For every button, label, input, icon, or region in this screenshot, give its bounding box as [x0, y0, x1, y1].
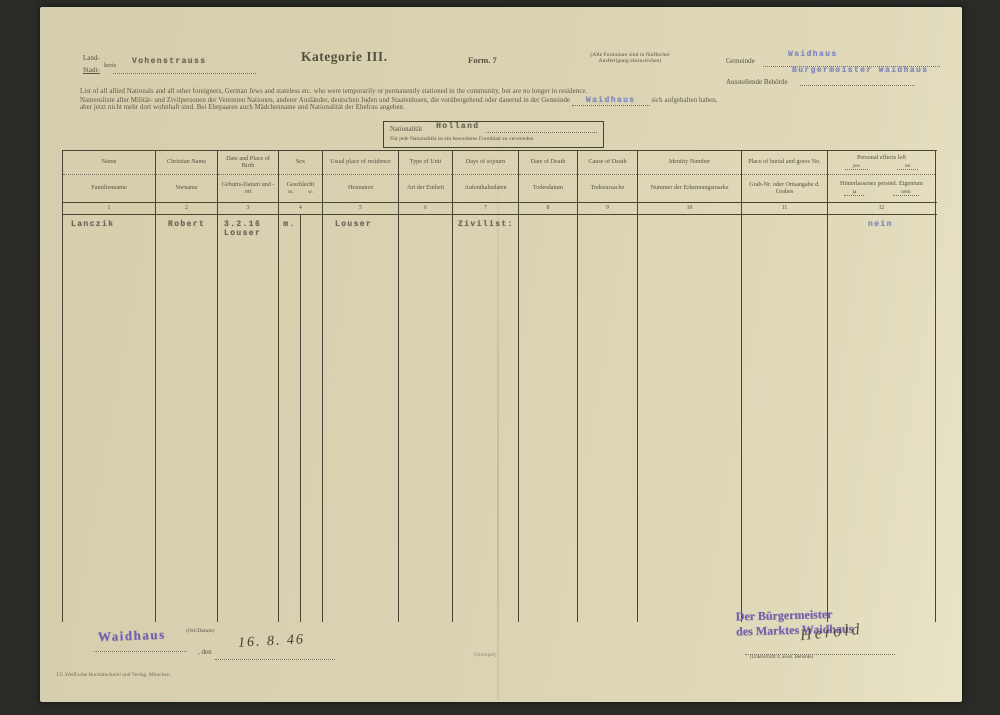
cell-death-date-empty — [519, 215, 578, 622]
cell-residence: Louser — [323, 215, 399, 622]
col-num-9: 9 — [578, 203, 638, 214]
den-label: , den — [198, 648, 212, 656]
col-num-8: 8 — [519, 203, 578, 214]
kreis-value: Vohenstrauss — [132, 57, 206, 66]
kreis-label-suffix: kreis — [104, 62, 116, 69]
scanned-form-page: Land- Stadt- kreis Vohenstrauss Kategori… — [0, 0, 1000, 715]
gemeinde-value: Waidhaus — [788, 50, 838, 59]
col-num-7: 7 — [453, 203, 519, 214]
date-dotted-line — [215, 658, 335, 660]
cell-sojourn: Zivilist: — [453, 215, 519, 622]
cell-burial-empty — [742, 215, 828, 622]
page-title: Kategorie III. — [301, 49, 387, 65]
kreis-label-line2: Stadt- — [83, 66, 100, 74]
col-header-death-date: Date of Death Todesdatum — [519, 151, 578, 202]
copies-note-line2: Ausfertigung einzureichen) — [572, 58, 688, 64]
col-num-2: 2 — [156, 203, 218, 214]
cell-sex: m. — [279, 215, 323, 622]
col-header-burial: Place of burial and grave No. Grab-Nr. o… — [742, 151, 828, 202]
cell-identity-empty — [638, 215, 742, 622]
col-num-4: 4 — [279, 203, 323, 214]
sex-sub-w: w. — [308, 189, 313, 195]
table-number-row: 1 2 3 4 5 6 7 8 9 10 11 12 — [63, 202, 937, 215]
col-header-sojourn: Days of sojourn Aufenthaltsdaten — [453, 151, 519, 202]
col-header-death-cause: Cause of Death Todesursache — [578, 151, 638, 202]
behoerde-label: Ausstellende Behörde — [726, 78, 788, 86]
signature-dotted-line — [745, 653, 895, 655]
place-dotted-line — [94, 650, 187, 652]
effects-no-de: nein — [893, 189, 918, 196]
nationality-box: Nationalität Holland Für jede Nationalit… — [383, 121, 604, 148]
effects-yes-en: yes — [845, 163, 868, 170]
table-body: Lanczik Robert 3.2.16 Louser m. Louser Z… — [63, 215, 937, 622]
col-num-6: 6 — [399, 203, 453, 214]
behoerde-value: Bürgermeister Waidhaus — [792, 66, 928, 75]
place-stamp: Waidhaus — [98, 627, 166, 645]
col-header-unit: Type of Unit Art der Einheit — [399, 151, 453, 202]
cell-unit-empty — [399, 215, 453, 622]
effects-no-en: no — [897, 163, 918, 170]
stempel-label: (Stempel) — [474, 652, 497, 658]
col-header-effects: Personal effects left yes no Hinterlasse… — [828, 151, 936, 202]
nationality-dotted-line — [486, 131, 598, 133]
nationality-note: Für jede Nationalität ist ein besonderes… — [390, 136, 597, 142]
kreis-label-line1: Land- — [83, 54, 100, 62]
behoerde-dotted-line — [800, 84, 915, 86]
nationality-label: Nationalität — [390, 126, 422, 133]
nationality-value: Holland — [436, 122, 479, 131]
intro-line2-after: sich aufgehalten haben, — [651, 97, 717, 104]
col-header-birth: Date and Place of Birth Geburts-Datum un… — [218, 151, 279, 202]
form-number: Form. 7 — [468, 55, 497, 65]
col-header-residence: Usual place of residence Heimatort — [323, 151, 399, 202]
signature-label: (Unterschrift d. ausst. Behörde) — [750, 655, 813, 660]
intro-gemeinde-value: Waidhaus — [572, 96, 650, 106]
cell-name: Lanczik — [63, 215, 156, 622]
intro-line3: aber jetzt nicht mehr dort wohnhaft sind… — [80, 104, 405, 111]
persons-table: Name Familienname Christian Name Vorname… — [62, 150, 937, 622]
col-num-11: 11 — [742, 203, 828, 214]
cell-effects: nein — [828, 215, 936, 622]
col-num-3: 3 — [218, 203, 279, 214]
effects-yes-de: ja — [844, 189, 864, 196]
intro-line1: List of all allied Nationals and all oth… — [80, 88, 587, 95]
ort-datum-label: (Ort/Datum) — [186, 628, 215, 634]
col-num-12: 12 — [828, 203, 936, 214]
kreis-dotted-line — [113, 72, 256, 74]
table-header-row: Name Familienname Christian Name Vorname… — [63, 150, 937, 202]
col-header-identity: Identity Number Nummer der Erkennungsmar… — [638, 151, 742, 202]
cell-birth: 3.2.16 Louser — [218, 215, 279, 622]
col-header-name: Name Familienname — [63, 151, 156, 202]
col-num-10: 10 — [638, 203, 742, 214]
col-num-1: 1 — [63, 203, 156, 214]
cell-death-cause-empty — [578, 215, 638, 622]
sex-sub-m: m. — [288, 189, 294, 195]
gemeinde-label: Gemeinde — [726, 57, 755, 65]
col-num-5: 5 — [323, 203, 399, 214]
col-header-christian-name: Christian Name Vorname — [156, 151, 218, 202]
intro-line2-before: Namensliste aller Militär- und Zivilpers… — [80, 97, 570, 104]
printer-note: J.G.Weiß'sche Buchdruckerei und Verlag, … — [56, 672, 171, 678]
col-header-sex: Sex Geschlecht m. w. — [279, 151, 323, 202]
cell-christian-name: Robert — [156, 215, 218, 622]
cell-sex-w-empty — [301, 215, 322, 622]
